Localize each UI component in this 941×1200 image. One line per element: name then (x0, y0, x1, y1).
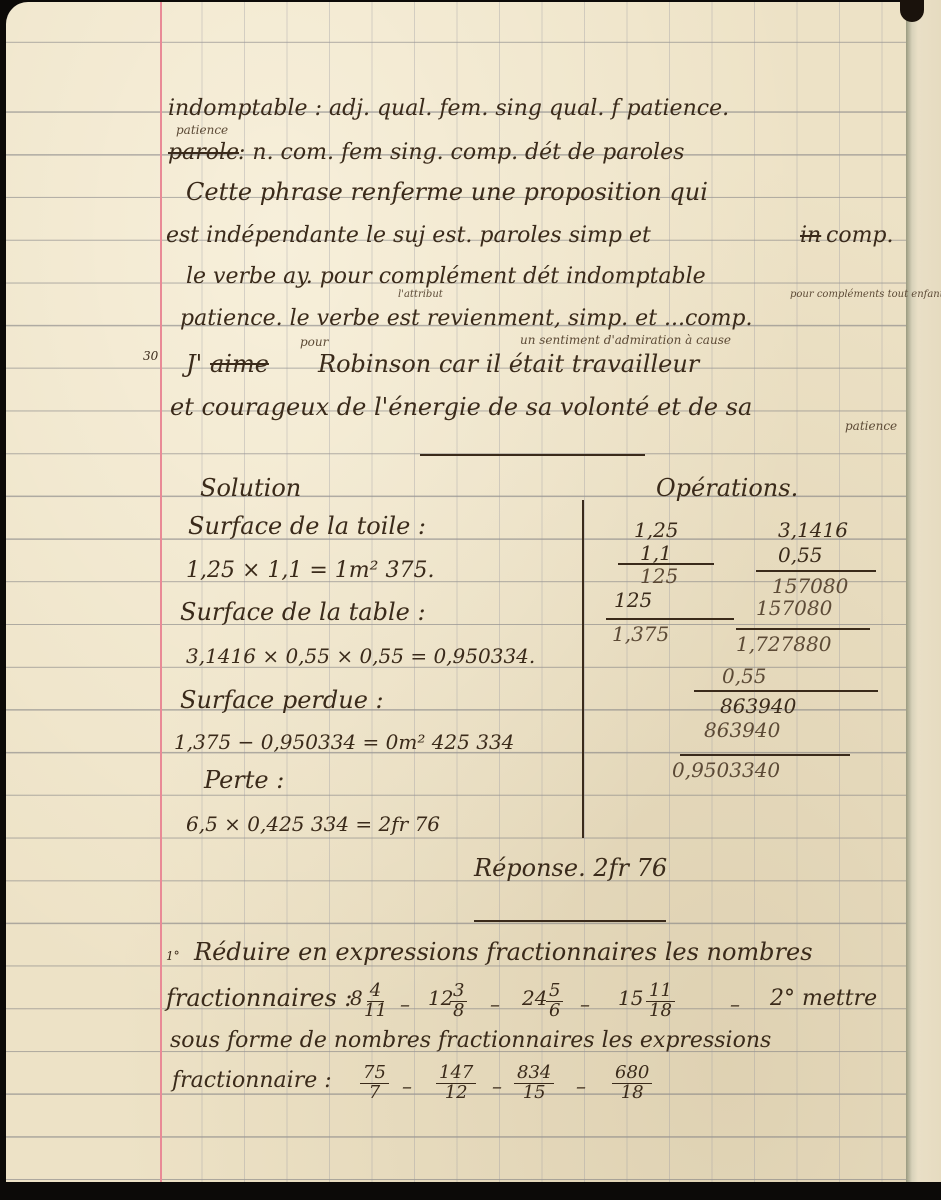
insert-patience: patience (176, 124, 228, 136)
mult2-b: 0,55 (778, 545, 823, 565)
insert-right: pour compléments tout enfant (790, 290, 941, 300)
mult1-p1: 125 (640, 566, 678, 586)
mixed-3-fraction: 56 (546, 982, 563, 1021)
mult3-p1: 863940 (720, 696, 796, 716)
separator: – (402, 1076, 412, 1096)
separator: – (400, 994, 410, 1014)
struck-in: in (800, 225, 821, 247)
page-bottom-shadow (0, 1182, 941, 1200)
mixed-4-fraction: 1118 (646, 982, 675, 1021)
step-2-calc: 3,1416 × 0,55 × 0,55 = 0,950334. (186, 646, 535, 666)
struck-aime: aime (210, 352, 269, 376)
grammar-line-1: indomptable : adj. qual. fem. sing qual.… (168, 98, 729, 120)
column-divider (582, 500, 584, 838)
mult1-b: 1,1 (640, 543, 672, 563)
mult3-result: 0,9503340 (672, 760, 780, 780)
exercise-line-1: Réduire en expressions fractionnaires le… (194, 940, 813, 964)
sentence-line-1: Robinson car il était travailleur (318, 352, 699, 376)
operations-title: Opérations. (656, 476, 798, 500)
grammar-line-3: Cette phrase renferme une proposition qu… (186, 180, 708, 204)
mult3-b: 0,55 (722, 666, 767, 686)
grammar-line-4: est indépendante le suj est. paroles sim… (166, 225, 651, 247)
step-2-label: Surface de la table : (180, 600, 426, 624)
mult3-result-line (680, 754, 850, 756)
mult2-result: 1,727880 (736, 634, 831, 654)
insert-attribut: l'attribut (398, 290, 443, 300)
separator: – (490, 994, 500, 1014)
mult1-a: 1,25 (634, 520, 679, 540)
mult1-result-line (606, 618, 734, 620)
mult1-p2: 125 (614, 590, 652, 610)
step-4-calc: 6,5 × 0,425 334 = 2fr 76 (186, 814, 440, 834)
grammar-line-5: le verbe ay. pour complément dét indompt… (186, 266, 706, 288)
mixed-1-whole: 8 (350, 988, 363, 1008)
solution-title: Solution (200, 476, 301, 500)
answer: Réponse. 2fr 76 (474, 856, 667, 880)
exercise-line-4-label: fractionnaire : (172, 1070, 332, 1092)
step-1-label: Surface de la toile : (188, 514, 426, 538)
red-margin-line (160, 2, 162, 1182)
separator: – (580, 994, 590, 1014)
fraction-4: 68018 (612, 1064, 652, 1103)
mult2-a: 3,1416 (778, 520, 848, 540)
step-4-label: Perte : (204, 768, 284, 792)
separator: – (492, 1076, 502, 1096)
mult3-p2: 863940 (704, 720, 780, 740)
section-divider-2 (474, 920, 666, 922)
mult2-line (756, 570, 876, 572)
exercise-part2: 2° mettre (770, 988, 877, 1010)
step-3-label: Surface perdue : (180, 688, 384, 712)
item-number: 30 (143, 350, 158, 362)
mult1-result: 1,375 (612, 624, 669, 644)
struck-word: parole (168, 142, 239, 164)
mixed-3-whole: 24 (522, 988, 547, 1008)
mult2-p2: 157080 (756, 598, 832, 618)
step-1-calc: 1,25 × 1,1 = 1m² 375. (186, 560, 434, 582)
exercise-line-3: sous forme de nombres fractionnaires les… (170, 1030, 771, 1052)
fraction-1: 757 (360, 1064, 389, 1103)
exercise-line-2-label: fractionnaires : (166, 986, 352, 1010)
section-divider (420, 454, 645, 456)
notebook-spine (906, 0, 941, 1185)
step-3-calc: 1,375 − 0,950334 = 0m² 425 334 (174, 732, 514, 752)
mixed-2-fraction: 38 (450, 982, 467, 1021)
exercise-number: 1° (166, 950, 180, 962)
fraction-3: 83415 (514, 1064, 554, 1103)
mult2-result-line (736, 628, 870, 630)
insert-admiration: un sentiment d'admiration à cause (520, 334, 731, 346)
grammar-line-4-end: comp. (826, 225, 894, 247)
grammar-line-6: patience. le verbe est revienment, simp.… (180, 308, 753, 330)
mixed-1-fraction: 411 (364, 982, 387, 1021)
separator: – (576, 1076, 586, 1096)
sentence-start: J' (186, 352, 202, 376)
insert-patience-end: patience (845, 420, 897, 432)
mixed-4-whole: 15 (618, 988, 643, 1008)
insert-pour: pour (300, 336, 328, 348)
sentence-line-2-text: et courageux de l'énergie de sa volonté … (170, 395, 752, 419)
fraction-2: 14712 (436, 1064, 476, 1103)
grammar-line-2: : n. com. fem sing. comp. dét de paroles (238, 142, 684, 164)
mult2-p1: 157080 (772, 576, 848, 596)
separator: – (730, 994, 740, 1014)
mult3-line (694, 690, 878, 692)
